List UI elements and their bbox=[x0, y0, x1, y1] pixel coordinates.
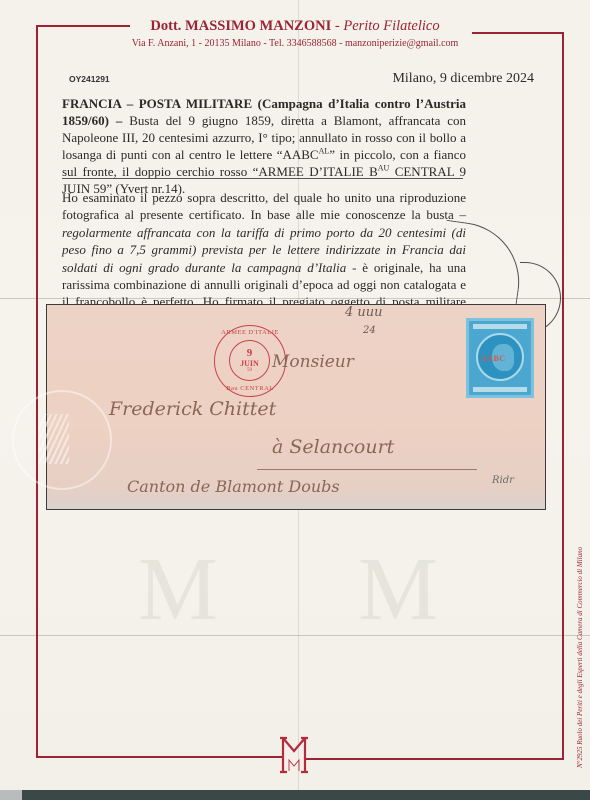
superscript: AL bbox=[319, 147, 330, 156]
stamp-cancel: AABC bbox=[481, 354, 506, 363]
item-description: FRANCIA – POSTA MILITARE (Campagna d’Ita… bbox=[62, 95, 466, 197]
heading-separator: - bbox=[331, 18, 343, 34]
pencil-number: 24 bbox=[363, 325, 376, 336]
envelope-photo: ARMEE D'ITALIE 9 JUIN 59 Bau CENTRAL 4 u… bbox=[46, 304, 546, 510]
postage-stamp: AABC bbox=[466, 318, 534, 398]
watermark-monogram: M bbox=[138, 545, 218, 635]
scan-background bbox=[0, 790, 590, 800]
opinion-text: Ho esaminato il pezzo sopra descritto, d… bbox=[62, 190, 466, 222]
expert-mark: Ridr bbox=[492, 475, 514, 486]
stamp-label bbox=[473, 324, 527, 329]
address-line: Canton de Blamont Doubs bbox=[127, 477, 340, 496]
postmark-day: 9 bbox=[247, 348, 253, 359]
address-line: Frederick Chittet bbox=[109, 398, 276, 420]
fold-line bbox=[0, 635, 590, 636]
certificate-paper: M M Dott. MASSIMO MANZONI - Perito Filat… bbox=[0, 0, 590, 790]
postmark-year: 59 bbox=[247, 368, 252, 373]
watermark-monogram: M bbox=[358, 545, 438, 635]
pencil-note: 4 uuu bbox=[345, 305, 383, 320]
address-line: à Selancourt bbox=[272, 436, 394, 458]
postmark-month: JUIN bbox=[240, 359, 259, 368]
stamp-label bbox=[473, 387, 527, 392]
frame-border bbox=[305, 758, 564, 760]
frame-border bbox=[562, 32, 564, 760]
postmark-date: 9 JUIN 59 bbox=[229, 340, 270, 381]
superscript: AU bbox=[378, 164, 390, 173]
monogram-logo-icon bbox=[280, 735, 308, 775]
expert-address: Via F. Anzani, 1 - 20135 Milano - Tel. 3… bbox=[0, 38, 590, 49]
expert-name-heading: Dott. MASSIMO MANZONI - Perito Filatelic… bbox=[0, 18, 590, 35]
expert-role: Perito Filatelico bbox=[343, 18, 439, 34]
postmark-top-text: ARMEE D'ITALIE bbox=[215, 329, 285, 336]
frame-border bbox=[36, 25, 38, 758]
address-line: Monsieur bbox=[272, 352, 354, 372]
registration-note: N°2925 Ruolo dei Periti e degli Esperti … bbox=[576, 547, 584, 768]
postmark-bottom-text: Bau CENTRAL bbox=[215, 385, 285, 392]
certificate-date: Milano, 9 dicembre 2024 bbox=[392, 71, 534, 87]
section-divider bbox=[62, 178, 463, 179]
expert-name: Dott. MASSIMO MANZONI bbox=[150, 18, 331, 34]
certificate-number: OY241291 bbox=[69, 74, 110, 84]
embossed-seal bbox=[12, 390, 112, 490]
address-underline bbox=[257, 469, 477, 470]
frame-border bbox=[36, 756, 284, 758]
